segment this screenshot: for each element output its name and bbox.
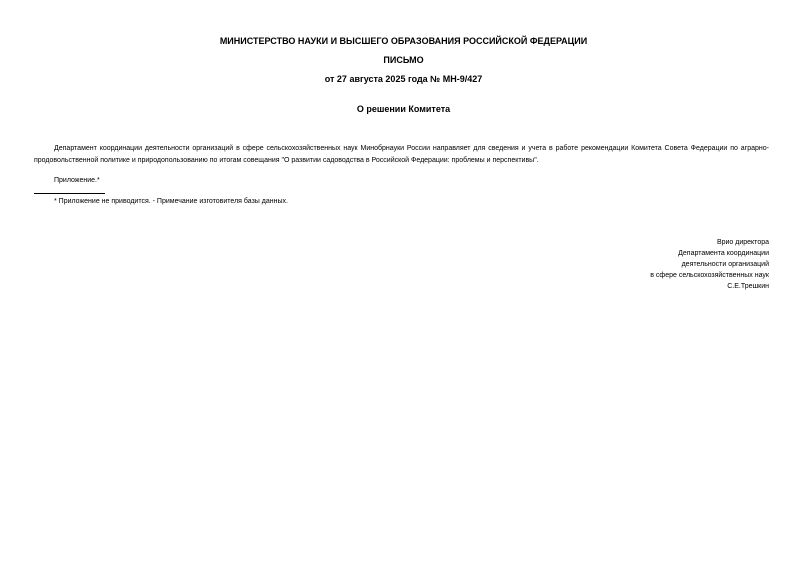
ministry-heading: МИНИСТЕРСТВО НАУКИ И ВЫСШЕГО ОБРАЗОВАНИЯ…: [0, 36, 807, 47]
signatory-name: С.Е.Трешкин: [650, 281, 769, 292]
footnote-text: * Приложение не приводится. - Примечание…: [54, 196, 288, 208]
signature-line: Департамента координации: [650, 248, 769, 259]
signature-line: в сфере сельскохозяйственных наук: [650, 270, 769, 281]
signature-line: Врио директора: [650, 237, 769, 248]
document-type: ПИСЬМО: [0, 55, 807, 66]
signature-block: Врио директора Департамента координации …: [650, 237, 769, 292]
body-paragraph: Департамент координации деятельности орг…: [34, 143, 769, 167]
document-subject: О решении Комитета: [0, 104, 807, 115]
signature-line: деятельности организаций: [650, 259, 769, 270]
document-date-number: от 27 августа 2025 года № МН-9/427: [0, 74, 807, 85]
attachment-note: Приложение.*: [54, 175, 100, 187]
footnote-divider: [34, 193, 105, 194]
